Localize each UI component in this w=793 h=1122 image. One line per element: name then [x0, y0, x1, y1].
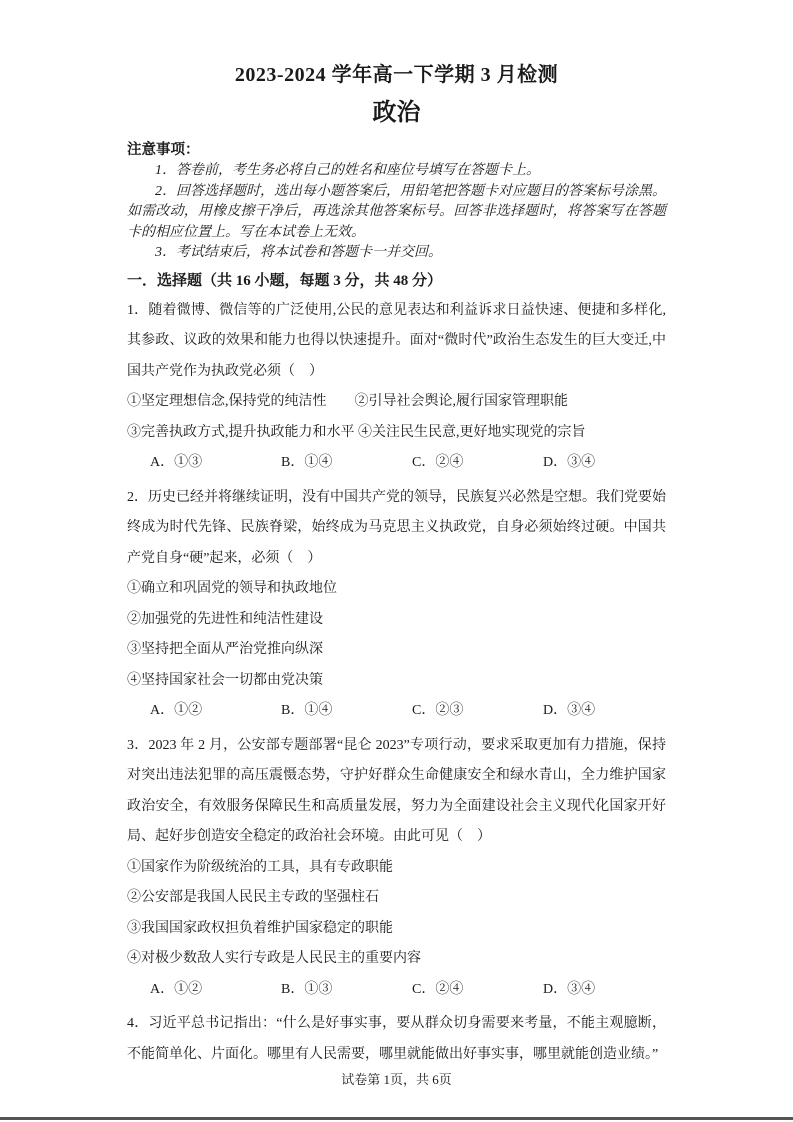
choice-line: ③完善执政方式,提升执政能力和水平 ④关注民生民意,更好地实现党的宗旨 — [127, 418, 666, 449]
choice-line: ③我国国家政权担负着维护国家稳定的职能 — [127, 914, 666, 945]
option-a: A．①② — [150, 696, 281, 727]
option-d: D．③④ — [543, 448, 595, 479]
exam-paper-page: 2023-2024 学年高一下学期 3 月检测 政治 注意事项： 1．答卷前，考… — [0, 0, 793, 1122]
question-1: 1．随着微博、微信等的广泛使用,公民的意见表达和利益诉求日益快速、便捷和多样化,… — [127, 296, 666, 479]
question-stem: 2．历史已经并将继续证明，没有中国共产党的领导，民族复兴必然是空想。我们党要始终… — [127, 483, 666, 575]
notice-section: 注意事项： 1．答卷前，考生务必将自己的姓名和座位号填写在答题卡上。 2．回答选… — [127, 140, 666, 264]
notice-item-3: 3．考试结束后，将本试卷和答题卡一并交回。 — [127, 243, 666, 264]
option-d: D．③④ — [543, 696, 595, 727]
option-a: A．①② — [150, 975, 281, 1006]
choice-line: ③坚持把全面从严治党推向纵深 — [127, 635, 666, 666]
section-heading: 一．选择题（共 16 小题，每题 3 分，共 48 分） — [127, 266, 666, 296]
next-page-edge — [0, 1117, 793, 1120]
option-b: B．①④ — [281, 448, 412, 479]
option-d: D．③④ — [543, 975, 595, 1006]
page-title: 2023-2024 学年高一下学期 3 月检测 — [127, 58, 666, 92]
options-row: A．①② B．①④ C．②③ D．③④ — [127, 696, 666, 727]
question-stem: 3．2023 年 2 月，公安部专题部署“昆仑 2023”专项行动，要求采取更加… — [127, 731, 666, 853]
option-b: B．①③ — [281, 975, 412, 1006]
option-b: B．①④ — [281, 696, 412, 727]
option-c: C．②③ — [412, 696, 543, 727]
notice-heading: 注意事项： — [127, 140, 666, 161]
question-4: 4．习近平总书记指出：“什么是好事实事，要从群众切身需要来考量，不能主观臆断，不… — [127, 1009, 666, 1070]
question-3: 3．2023 年 2 月，公安部专题部署“昆仑 2023”专项行动，要求采取更加… — [127, 731, 666, 1006]
notice-item-2: 2．回答选择题时，选出每小题答案后，用铅笔把答题卡对应题目的答案标号涂黑。如需改… — [127, 182, 666, 244]
choice-line: ①国家作为阶级统治的工具，具有专政职能 — [127, 853, 666, 884]
question-stem: 4．习近平总书记指出：“什么是好事实事，要从群众切身需要来考量，不能主观臆断，不… — [127, 1009, 666, 1070]
option-c: C．②④ — [412, 448, 543, 479]
page-subject: 政治 — [127, 96, 666, 130]
choice-line: ②公安部是我国人民民主专政的坚强柱石 — [127, 883, 666, 914]
page-footer: 试卷第 1页，共 6页 — [0, 1070, 793, 1090]
choice-line: ①确立和巩固党的领导和执政地位 — [127, 574, 666, 605]
question-stem: 1．随着微博、微信等的广泛使用,公民的意见表达和利益诉求日益快速、便捷和多样化,… — [127, 296, 666, 388]
choice-line: ④对极少数敌人实行专政是人民民主的重要内容 — [127, 944, 666, 975]
options-row: A．①② B．①③ C．②④ D．③④ — [127, 975, 666, 1006]
option-a: A．①③ — [150, 448, 281, 479]
choice-line: ①坚定理想信念,保持党的纯洁性 ②引导社会舆论,履行国家管理职能 — [127, 387, 666, 418]
options-row: A．①③ B．①④ C．②④ D．③④ — [127, 448, 666, 479]
notice-item-1: 1．答卷前，考生务必将自己的姓名和座位号填写在答题卡上。 — [127, 161, 666, 182]
choice-line: ②加强党的先进性和纯洁性建设 — [127, 605, 666, 636]
option-c: C．②④ — [412, 975, 543, 1006]
choice-line: ④坚持国家社会一切都由党决策 — [127, 666, 666, 697]
question-2: 2．历史已经并将继续证明，没有中国共产党的领导，民族复兴必然是空想。我们党要始终… — [127, 483, 666, 727]
